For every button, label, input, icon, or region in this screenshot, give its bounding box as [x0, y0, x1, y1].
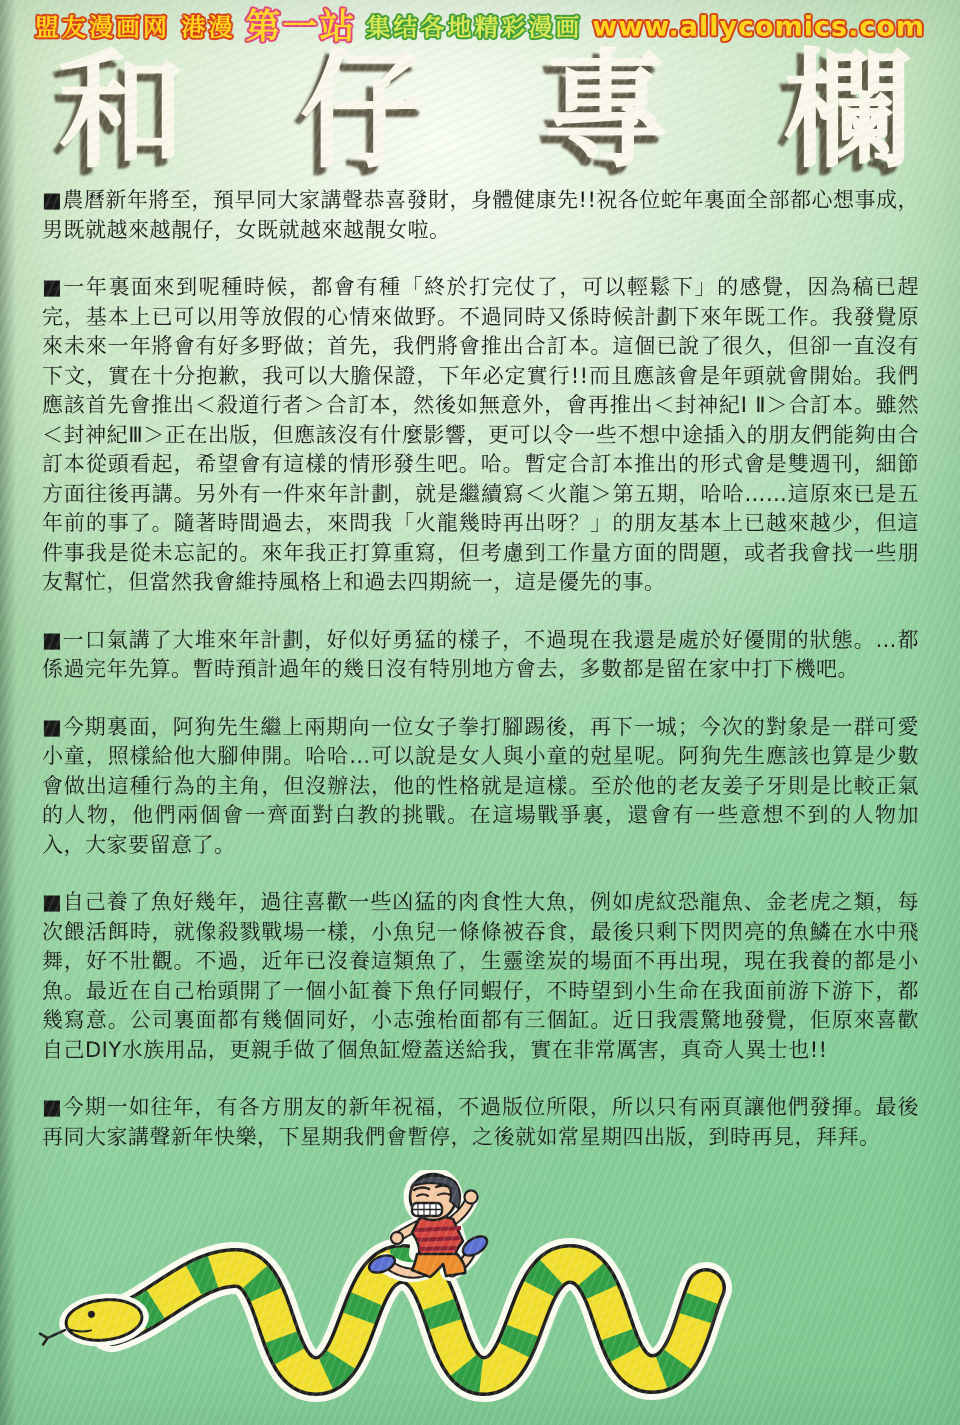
paragraph-this-issue: ■今期裏面，阿狗先生繼上兩期向一位女子拳打腳踢後，再下一城；今次的對象是一群可愛…: [42, 713, 919, 861]
mascot-illustration: [0, 1170, 960, 1425]
paragraph-farewell: ■今期一如往年，有各方朋友的新年祝福，不過版位所限，所以只有兩頁讓他們發揮。最後…: [42, 1093, 919, 1152]
title-char: 仔: [300, 46, 428, 177]
column-body: ■農曆新年將至，預早同大家講聲恭喜發財，身體健康先!!祝各位蛇年裏面全部都心想事…: [42, 186, 919, 1170]
title-char: 專: [542, 46, 670, 177]
paragraph-new-year-greeting: ■農曆新年將至，預早同大家講聲恭喜發財，身體健康先!!祝各位蛇年裏面全部都心想事…: [42, 186, 919, 245]
title-char: 欄: [784, 46, 912, 177]
paragraph-fish-keeping: ■自己養了魚好幾年，過往喜歡一些凶猛的肉食性大魚，例如虎紋恐龍魚、金老虎之類，每…: [42, 888, 919, 1065]
running-man-icon: [367, 1173, 491, 1277]
striped-snake-icon: [37, 1264, 706, 1376]
page-title: 和 仔 專 欄: [58, 46, 912, 177]
paragraph-next-year-plans: ■一年裏面來到呢種時候，都會有種「終於打完仗了，可以輕鬆下」的感覺，因為稿已趕完…: [42, 273, 919, 598]
paragraph-holiday-plans: ■一口氣講了大堆來年計劃，好似好勇猛的樣子，不過現在我還是處於好優閒的狀態。…都…: [42, 626, 919, 685]
comic-column-page: 盟友漫画网 港漫第一站集结各地精彩漫画www.allycomics.com 和 …: [0, 0, 960, 1425]
title-char: 和: [58, 46, 186, 177]
